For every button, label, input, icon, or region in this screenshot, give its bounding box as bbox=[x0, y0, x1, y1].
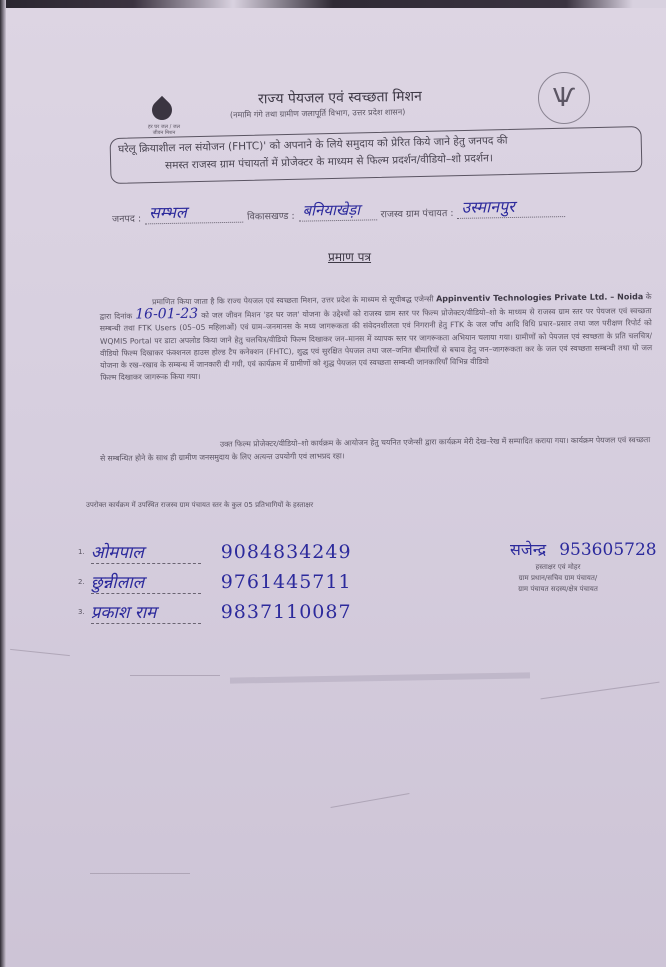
logo-caption: हर घर जल / जल जीवन मिशन bbox=[142, 124, 186, 136]
attendee-phone: 9084834249 bbox=[221, 541, 352, 563]
attendance-label: उपरोक्त कार्यक्रम में उपस्थित राजस्व ग्र… bbox=[86, 500, 426, 511]
signatory-caption: हस्ताक्षर एवं मोहर ग्राम प्रधान/सचिव ग्र… bbox=[478, 562, 638, 595]
attendee-name: प्रकाश राम bbox=[91, 600, 201, 624]
attendee-phone: 9761445711 bbox=[221, 571, 352, 593]
agency-name: Appinventiv Technologies Private Ltd. – … bbox=[436, 292, 643, 303]
paper-crease bbox=[130, 675, 220, 676]
body-end: फिल्म दिखाकर जागरूक किया गया। bbox=[100, 372, 200, 382]
signatory-phone: 953605728 bbox=[559, 540, 656, 560]
row-number: 1. bbox=[78, 548, 85, 556]
panchayat-value: उस्मानपुर bbox=[457, 194, 565, 219]
attendee-name: ओमपाल bbox=[91, 540, 201, 564]
signature-text: सजेन्द्र bbox=[510, 540, 546, 559]
block-label: विकासखण्ड : bbox=[247, 209, 295, 223]
attendee-phone: 9837110087 bbox=[221, 601, 352, 623]
attendee-row: 3. प्रकाश राम 9837110087 bbox=[78, 600, 352, 624]
panchayat-label: राजस्व ग्राम पंचायत : bbox=[380, 206, 453, 220]
para2-text: उक्त फिल्म प्रोजेक्टर/वीडियो–शो कार्यक्र… bbox=[100, 435, 650, 462]
caption-line: ग्राम प्रधान/सचिव ग्राम पंचायत/ bbox=[478, 573, 638, 584]
paper-crease bbox=[90, 873, 190, 874]
attendee-name: छुन्नीलाल bbox=[91, 570, 201, 594]
signatory-signature: सजेन्द्र 953605728 bbox=[510, 538, 657, 560]
water-drop-icon bbox=[148, 96, 176, 124]
attendee-row: 2. छुन्नीलाल 9761445711 bbox=[78, 570, 352, 594]
body-intro: प्रमाणित किया जाता है कि राज्य पेयजल एवं… bbox=[152, 294, 434, 306]
certificate-body: प्रमाणित किया जाता है कि राज्य पेयजल एवं… bbox=[100, 291, 653, 384]
caption-line: हस्ताक्षर एवं मोहर bbox=[478, 562, 638, 573]
certificate-title: प्रमाण पत्र bbox=[328, 248, 371, 265]
block-value: बनियाखेड़ा bbox=[298, 199, 376, 221]
handwritten-date: 16-01-23 bbox=[135, 306, 198, 323]
row-number: 2. bbox=[78, 578, 85, 586]
up-emblem-icon: Ѱ bbox=[538, 72, 590, 124]
district-label: जनपद : bbox=[112, 211, 141, 225]
row-number: 3. bbox=[78, 608, 85, 616]
caption-line: ग्राम पंचायत सदस्य/क्षेत्र पंचायत bbox=[478, 584, 638, 595]
department-title: राज्य पेयजल एवं स्वच्छता मिशन bbox=[258, 87, 422, 109]
attendee-row: 1. ओमपाल 9084834249 bbox=[78, 540, 352, 564]
district-value: सम्भल bbox=[145, 200, 243, 225]
